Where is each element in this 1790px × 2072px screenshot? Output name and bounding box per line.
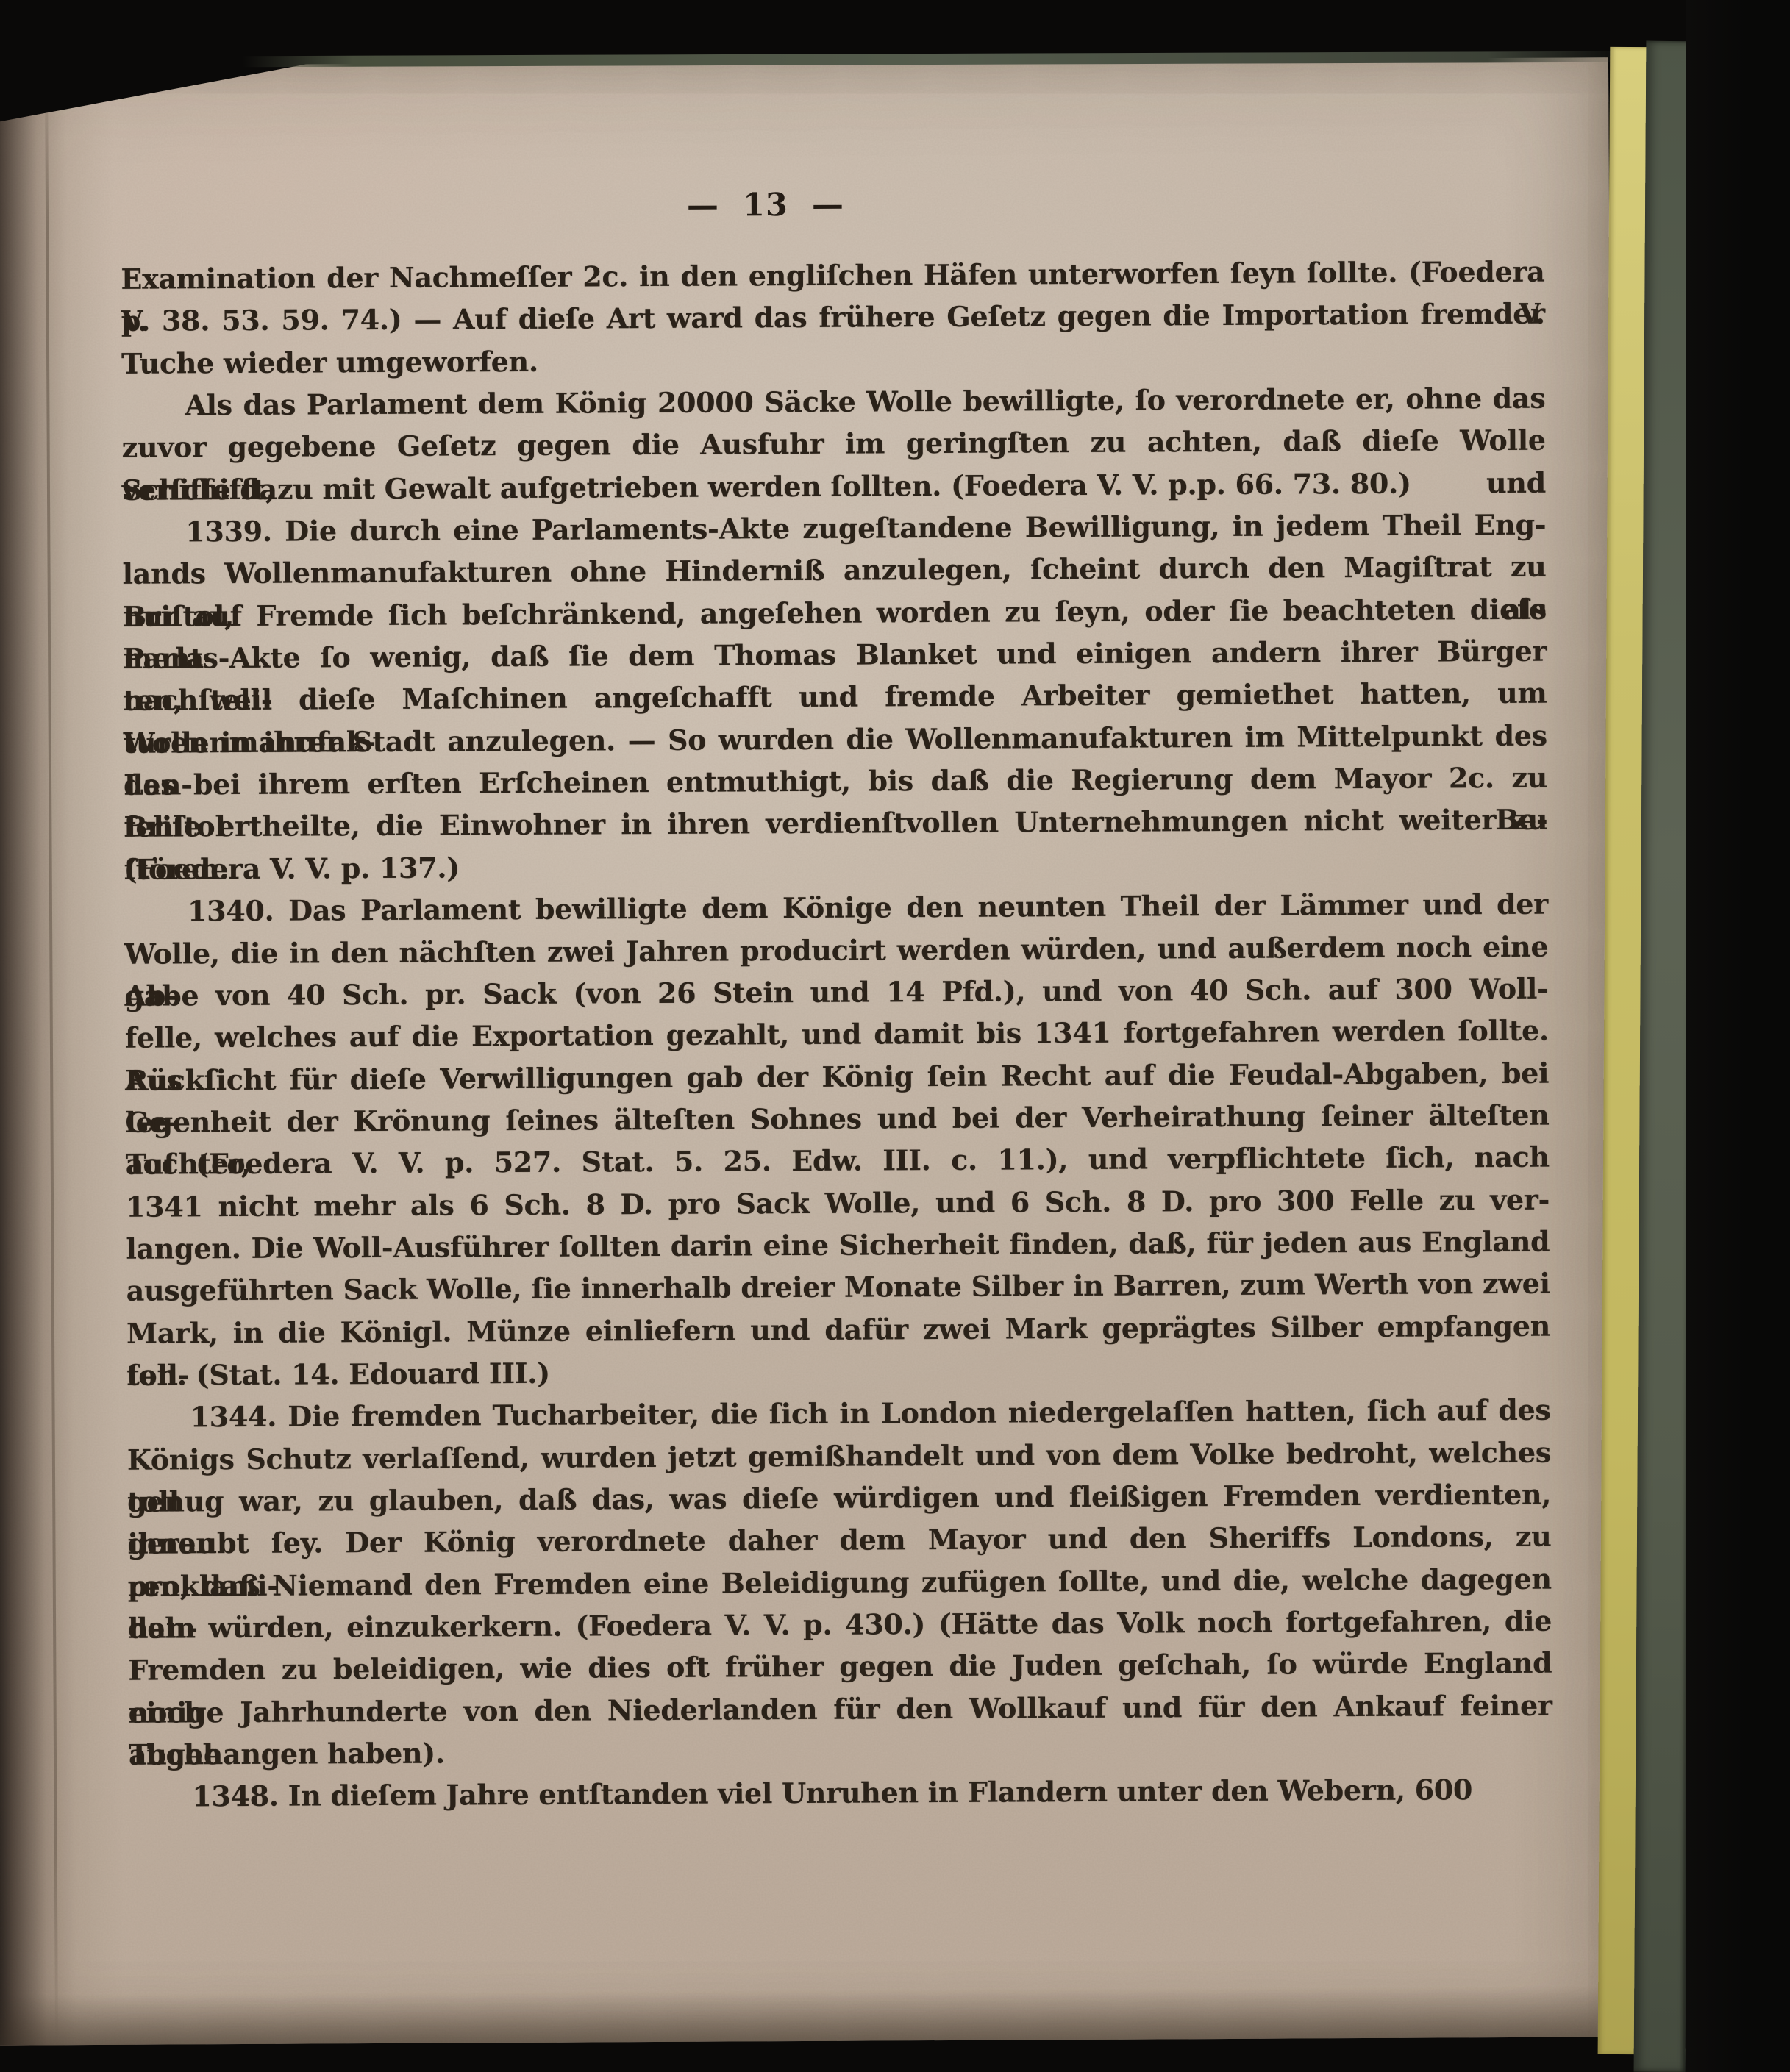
scan-background: [1686, 0, 1790, 2072]
text-line: des bei ihrem erſten Erſcheinen entmuthi…: [124, 757, 1547, 806]
text-line: abgehangen haben).: [129, 1726, 1552, 1776]
text-line: ments-Akte ſo wenig, daß ſie dem Thomas …: [123, 630, 1547, 679]
page-number-value: 13: [743, 187, 788, 224]
text-line: auf (Foedera V. V. p. 527. Stat. 5. 25. …: [126, 1136, 1550, 1185]
text-line: turen in ihrer Stadt anzulegen. — So wur…: [124, 714, 1547, 763]
text-line: 1341 nicht mehr als 6 Sch. 8 D. pro Sack…: [126, 1178, 1550, 1227]
text-line: Königs Schutz verlaſſend, wurden jetzt g…: [127, 1431, 1551, 1480]
text-line: Mark, in die Königl. Münze einliefern un…: [126, 1304, 1550, 1354]
text-line: 1348. In dieſem Jahre entſtanden viel Un…: [129, 1768, 1552, 1818]
text-line: legenheit der Krönung ſeines älteſten So…: [125, 1094, 1549, 1143]
text-line: Schiffe dazu mit Gewalt aufgetrieben wer…: [122, 461, 1546, 510]
text-line: Wolle, die in den nächſten zwei Jahren p…: [124, 925, 1548, 974]
text-line: fehle ertheilte, die Einwohner in ihren …: [124, 799, 1547, 848]
text-line: gabe von 40 Sch. pr. Sack (von 26 Stein …: [124, 968, 1548, 1017]
text-line: Tuche wieder umgeworfen.: [121, 335, 1545, 384]
text-line: ten. (Stat. 14. Edouard III.): [126, 1347, 1550, 1396]
text-line: (Foedera V. V. p. 137.): [124, 840, 1548, 890]
text-line: Examination der Nachmeſſer 2c. in den en…: [121, 251, 1544, 300]
gutter-shadow: [0, 65, 124, 2046]
text-line: 1339. Die durch eine Parlaments-Akte zug…: [122, 504, 1546, 553]
text-line: felle, welches auf die Exportation gezah…: [125, 1010, 1549, 1059]
text-line: genug war, zu glauben, daß das, was dieſ…: [127, 1473, 1551, 1523]
text-line: ten, weil dieſe Maſchinen angeſchafft un…: [123, 672, 1547, 721]
text-line: geraubt ſey. Der König verordnete daher …: [127, 1515, 1551, 1565]
book-scan: — 13 — Examination der Nachmeſſer 2c. in…: [0, 0, 1790, 2072]
text-line: deln würden, einzukerkern. (Foedera V. V…: [128, 1600, 1552, 1649]
text-line: einige Jahrhunderte von den Niederlanden…: [129, 1684, 1552, 1733]
text-line: ausgeführten Sack Wolle, ſie innerhalb d…: [126, 1262, 1550, 1312]
text-line: nur auf Fremde ſich beſchränkend, angeſe…: [123, 587, 1547, 637]
text-line: ren, daß Niemand den Fremden eine Beleid…: [128, 1557, 1552, 1607]
text-line: Rückſicht für dieſe Verwilligungen gab d…: [125, 1051, 1549, 1101]
page-number-dash-right: —: [812, 187, 844, 224]
text-line: Als das Parlament dem König 20000 Säcke …: [121, 377, 1545, 426]
text-line: Fremden zu beleidigen, wie dies oft früh…: [128, 1642, 1552, 1691]
page-bottom-shade: [0, 1985, 1619, 2046]
text-block: Examination der Nachmeſſer 2c. in den en…: [121, 251, 1552, 1818]
text-line: langen. Die Woll-Ausführer ſollten darin…: [126, 1221, 1550, 1270]
text-line: zuvor gegebene Geſetz gegen die Ausfuhr …: [122, 419, 1546, 468]
text-line: 1340. Das Parlament bewilligte dem König…: [124, 883, 1548, 932]
text-line: p. 38. 53. 59. 74.) — Auf dieſe Art ward…: [121, 293, 1545, 342]
page-number-dash-left: —: [687, 187, 719, 224]
book-page: — 13 — Examination der Nachmeſſer 2c. in…: [0, 57, 1619, 2046]
text-line: lands Wollenmanufakturen ohne Hinderniß …: [122, 546, 1546, 595]
text-line: 1344. Die fremden Tucharbeiter, die ſich…: [126, 1389, 1550, 1438]
page-number: — 13 —: [687, 187, 844, 224]
